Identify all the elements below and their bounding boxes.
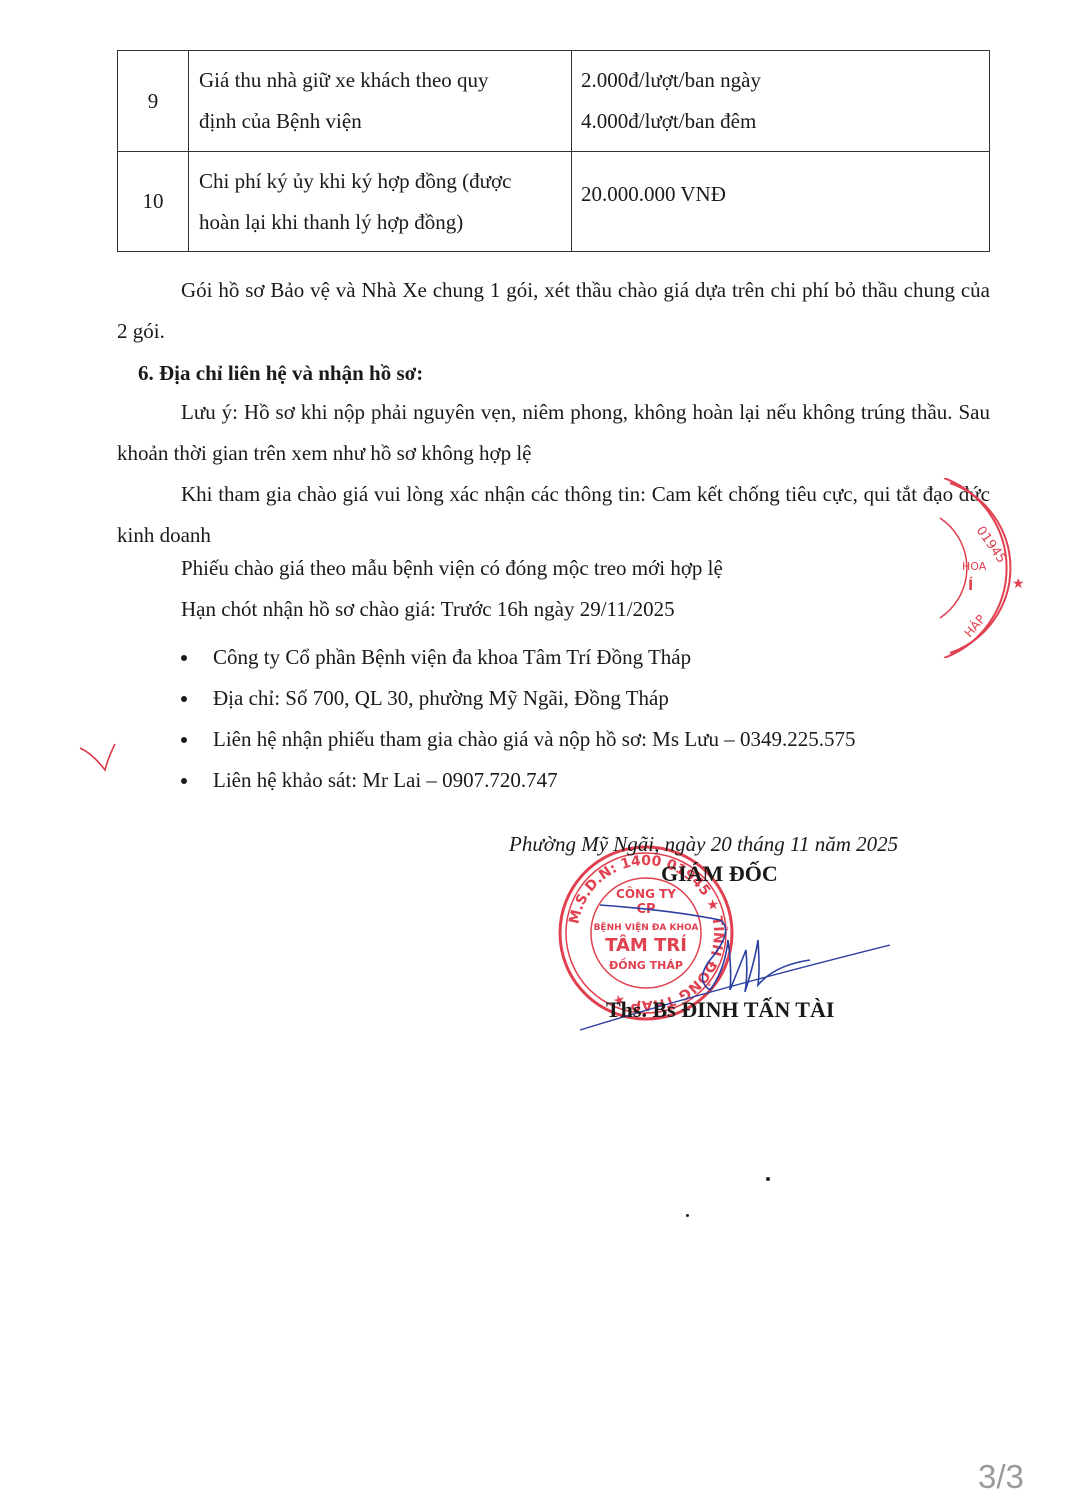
signer-title: GIÁM ĐỐC <box>661 861 778 887</box>
svg-text:HÁP: HÁP <box>961 612 988 640</box>
description-line: định của Bệnh viện <box>199 101 571 142</box>
row-value: 20.000.000 VNĐ <box>572 152 990 252</box>
svg-text:CÔNG TY: CÔNG TY <box>616 886 676 901</box>
svg-text:Í: Í <box>968 577 973 594</box>
description-line: Chi phí ký ủy khi ký hợp đồng (được <box>199 161 571 202</box>
row-description: Giá thu nhà giữ xe khách theo quy định c… <box>189 51 572 152</box>
partial-stamp-icon: 01945 ★ HOA Í HÁP <box>930 478 1040 658</box>
bullet-icon <box>181 696 187 702</box>
section-heading: 6. Địa chỉ liên hệ và nhận hồ sơ: <box>138 361 423 386</box>
bullet-icon <box>181 778 187 784</box>
table-row: 10 Chi phí ký ủy khi ký hợp đồng (được h… <box>118 152 990 252</box>
signer-name: Ths. Bs ĐINH TẤN TÀI <box>606 997 834 1023</box>
contact-text: Địa chỉ: Số 700, QL 30, phường Mỹ Ngãi, … <box>213 686 669 710</box>
svg-text:★: ★ <box>1012 576 1025 592</box>
submission-note: Lưu ý: Hồ sơ khi nộp phải nguyên vẹn, ni… <box>117 392 990 474</box>
page-indicator: 3/3 <box>978 1458 1024 1496</box>
place-date: Phường Mỹ Ngãi, ngày 20 tháng 11 năm 202… <box>509 832 898 857</box>
list-item: Công ty Cổ phần Bệnh viện đa khoa Tâm Tr… <box>181 637 855 678</box>
svg-text:HOA: HOA <box>962 560 987 573</box>
row-value: 2.000đ/lượt/ban ngày 4.000đ/lượt/ban đêm <box>572 51 990 152</box>
list-item: Liên hệ khảo sát: Mr Lai – 0907.720.747 <box>181 760 855 801</box>
value-line: 20.000.000 VNĐ <box>581 174 989 215</box>
confirmation-note: Khi tham gia chào giá vui lòng xác nhận … <box>117 474 990 556</box>
check-mark-icon <box>78 740 128 780</box>
contact-text: Công ty Cổ phần Bệnh viện đa khoa Tâm Tr… <box>213 645 691 669</box>
form-note: Phiếu chào giá theo mẫu bệnh viện có đón… <box>181 556 723 581</box>
price-table: 9 Giá thu nhà giữ xe khách theo quy định… <box>117 50 990 252</box>
bullet-icon <box>181 737 187 743</box>
list-item: Liên hệ nhận phiếu tham gia chào giá và … <box>181 719 855 760</box>
bullet-icon <box>181 655 187 661</box>
value-line: 2.000đ/lượt/ban ngày <box>581 60 989 101</box>
contact-text: Liên hệ khảo sát: Mr Lai – 0907.720.747 <box>213 768 558 792</box>
contact-text: Liên hệ nhận phiếu tham gia chào giá và … <box>213 727 855 751</box>
contact-list: Công ty Cổ phần Bệnh viện đa khoa Tâm Tr… <box>181 637 855 801</box>
row-number: 10 <box>118 152 189 252</box>
package-note: Gói hồ sơ Bảo vệ và Nhà Xe chung 1 gói, … <box>117 270 990 352</box>
document-page: 9 Giá thu nhà giữ xe khách theo quy định… <box>0 0 1075 1503</box>
row-number: 9 <box>118 51 189 152</box>
description-line: hoàn lại khi thanh lý hợp đồng) <box>199 202 571 243</box>
scan-speck <box>686 1214 689 1217</box>
table-row: 9 Giá thu nhà giữ xe khách theo quy định… <box>118 51 990 152</box>
description-line: Giá thu nhà giữ xe khách theo quy <box>199 60 571 101</box>
row-description: Chi phí ký ủy khi ký hợp đồng (được hoàn… <box>189 152 572 252</box>
scan-speck <box>766 1177 770 1181</box>
list-item: Địa chỉ: Số 700, QL 30, phường Mỹ Ngãi, … <box>181 678 855 719</box>
deadline: Hạn chót nhận hồ sơ chào giá: Trước 16h … <box>181 597 675 622</box>
value-line: 4.000đ/lượt/ban đêm <box>581 101 989 142</box>
